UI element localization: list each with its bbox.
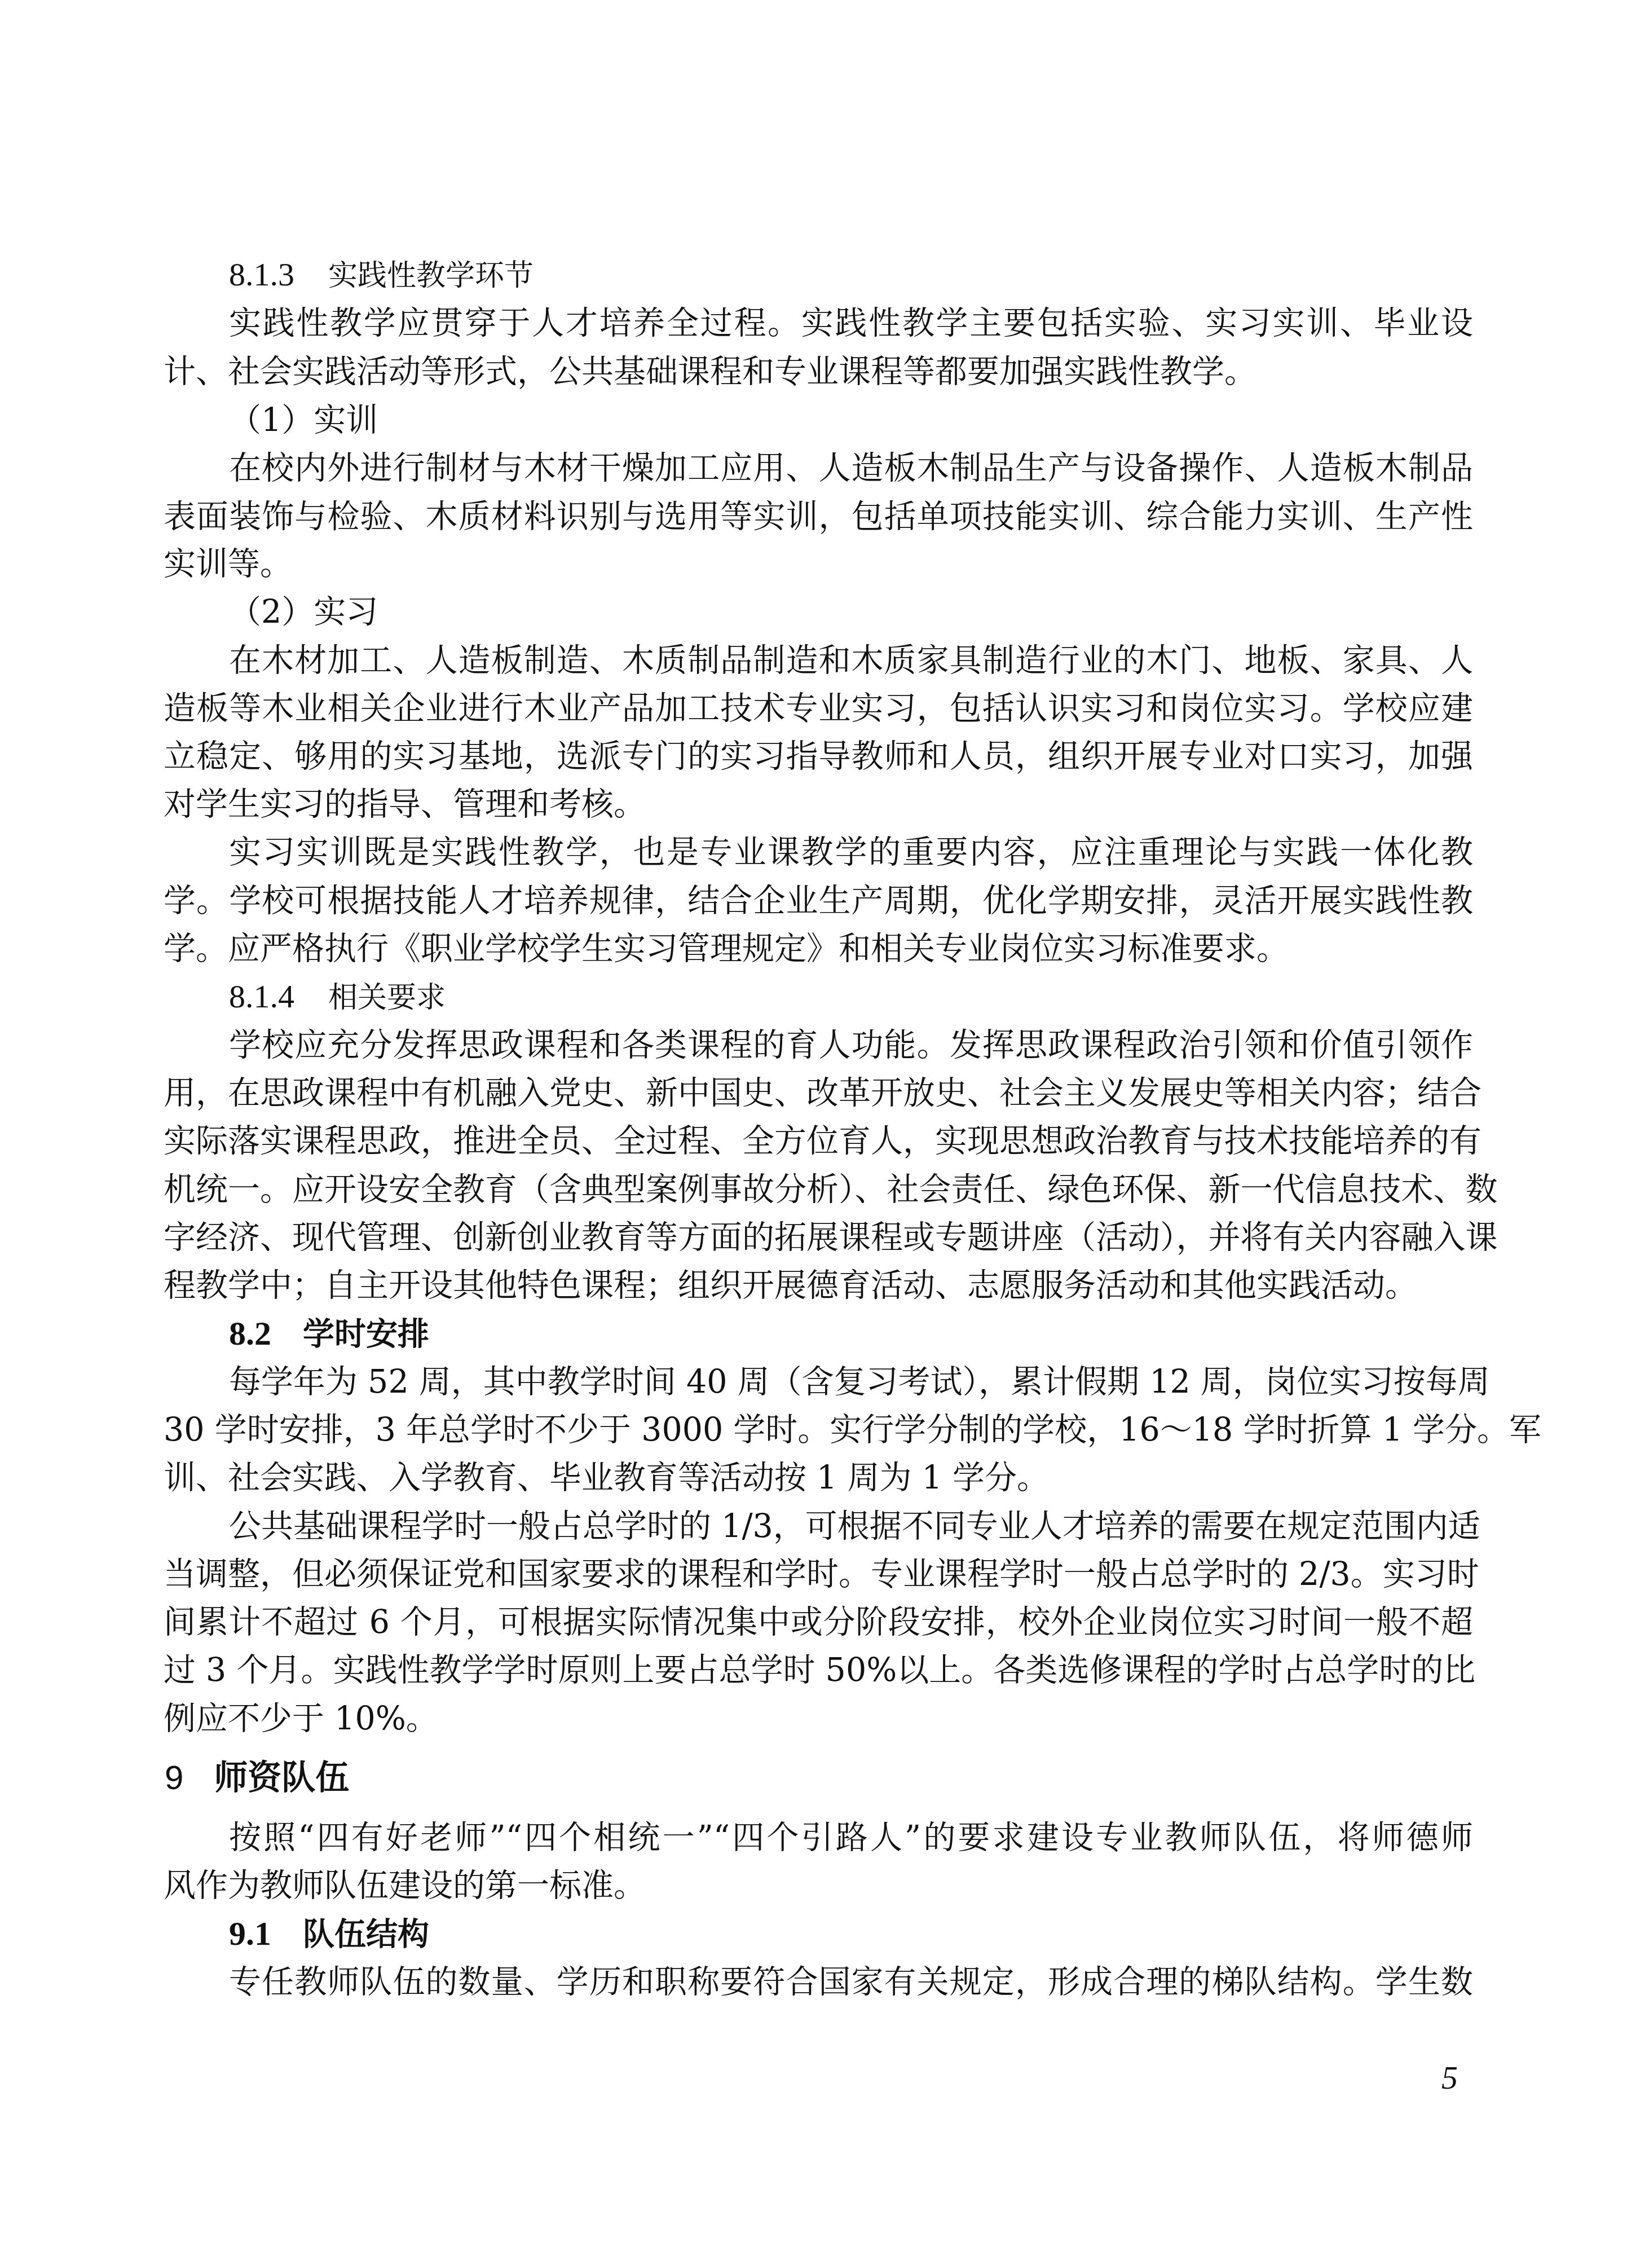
paragraph-line: 表面装饰与检验、木质材料识别与选用等实训，包括单项技能实训、综合能力实训、生产性 [164,493,1473,540]
subheading-training: （1）实训 [229,397,378,444]
heading-number: 8.2 [229,1315,271,1352]
paragraph-line: 对学生实习的指导、管理和考核。 [164,781,1473,828]
heading-number: 9.1 [229,1915,271,1952]
paragraph-line: 立稳定、够用的实习基地，选派专门的实习指导教师和人员，组织开展专业对口实习，加强 [164,733,1473,780]
heading-title: 学时安排 [303,1316,429,1353]
paragraph-line: 学校应充分发挥思政课程和各类课程的育人功能。发挥思政课程政治引领和价值引领作 [229,1021,1473,1069]
paragraph-line: 实习实训既是实践性教学，也是专业课教学的重要内容，应注重理论与实践一体化教 [229,829,1473,876]
subheading-internship: （2）实习 [229,588,378,636]
heading-title: 师资队伍 [214,1758,349,1798]
heading-8-1-3: 8.1.3实践性教学环节 [229,251,533,298]
heading-number: 9 [165,1759,183,1796]
heading-title: 队伍结构 [303,1916,429,1953]
paragraph-line: 学。学校可根据技能人才培养规律，结合企业生产周期，优化学期安排，灵活开展实践性教 [164,877,1473,924]
heading-number: 8.1.4 [229,978,294,1015]
paragraph-line: 计、社会实践活动等形式，公共基础课程和专业课程等都要加强实践性教学。 [164,348,1473,395]
paragraph-line: 机统一。应开设安全教育（含典型案例事故分析）、社会责任、绿色环保、新一代信息技术… [164,1166,1473,1213]
paragraph-line: 用，在思政课程中有机融入党史、新中国史、改革开放史、社会主义发展史等相关内容；结… [164,1069,1473,1117]
paragraph-line: 在木材加工、人造板制造、木质制品制造和木质家具制造行业的木门、地板、家具、人 [229,637,1473,684]
paragraph-line: 风作为教师队伍建设的第一标准。 [164,1862,1473,1909]
paragraph-line: 间累计不超过 6 个月，可根据实际情况集中或分阶段安排，校外企业岗位实习时间一般… [164,1598,1473,1646]
paragraph-line: 公共基础课程学时一般占总学时的 1/3，可根据不同专业人才培养的需要在规定范围内… [229,1503,1473,1550]
paragraph-line: 例应不少于 10%。 [164,1695,1473,1742]
heading-9: 9师资队伍 [165,1752,349,1803]
paragraph-line: 过 3 个月。实践性教学学时原则上要占总学时 50%以上。各类选修课程的学时占总… [164,1646,1473,1694]
paragraph-line: 字经济、现代管理、创新创业教育等方面的拓展课程或专题讲座（活动），并将有关内容融… [164,1214,1473,1261]
paragraph-line: 造板等木业相关企业进行木业产品加工技术专业实习，包括认识实习和岗位实习。学校应建 [164,685,1473,732]
paragraph-line: 实训等。 [164,540,1473,588]
paragraph-line: 学。应严格执行《职业学校学生实习管理规定》和相关专业岗位实习标准要求。 [164,925,1473,972]
paragraph-line: 程教学中；自主开设其他特色课程；组织开展德育活动、志愿服务活动和其他实践活动。 [164,1262,1473,1309]
heading-9-1: 9.1队伍结构 [229,1910,429,1957]
heading-title: 相关要求 [328,981,446,1015]
heading-8-1-4: 8.1.4相关要求 [229,973,446,1020]
heading-8-2: 8.2学时安排 [229,1310,429,1357]
paragraph-line: 实践性教学应贯穿于人才培养全过程。实践性教学主要包括实验、实习实训、毕业设 [229,300,1473,347]
paragraph-line: 30 学时安排，3 年总学时不少于 3000 学时。实行学分制的学校，16～18… [164,1406,1473,1454]
paragraph-line: 训、社会实践、入学教育、毕业教育等活动按 1 周为 1 学分。 [164,1454,1473,1501]
paragraph-line: 在校内外进行制材与木材干燥加工应用、人造板木制品生产与设备操作、人造板木制品 [229,444,1473,492]
heading-title: 实践性教学环节 [328,259,533,293]
page-number: 5 [1441,2059,1458,2097]
heading-number: 8.1.3 [229,256,294,293]
document-page: 8.1.3实践性教学环节 实践性教学应贯穿于人才培养全过程。实践性教学主要包括实… [0,0,1627,2268]
paragraph-line: 按照“四有好老师”“四个相统一”“四个引路人”的要求建设专业教师队伍，将师德师 [229,1814,1473,1861]
paragraph-line: 专任教师队伍的数量、学历和职称要符合国家有关规定，形成合理的梯队结构。学生数 [229,1958,1473,2006]
paragraph-line: 实际落实课程思政，推进全员、全过程、全方位育人，实现思想政治教育与技术技能培养的… [164,1117,1473,1165]
paragraph-line: 每学年为 52 周，其中教学时间 40 周（含复习考试），累计假期 12 周，岗… [229,1358,1473,1406]
paragraph-line: 当调整，但必须保证党和国家要求的课程和学时。专业课程学时一般占总学时的 2/3。… [164,1551,1473,1598]
